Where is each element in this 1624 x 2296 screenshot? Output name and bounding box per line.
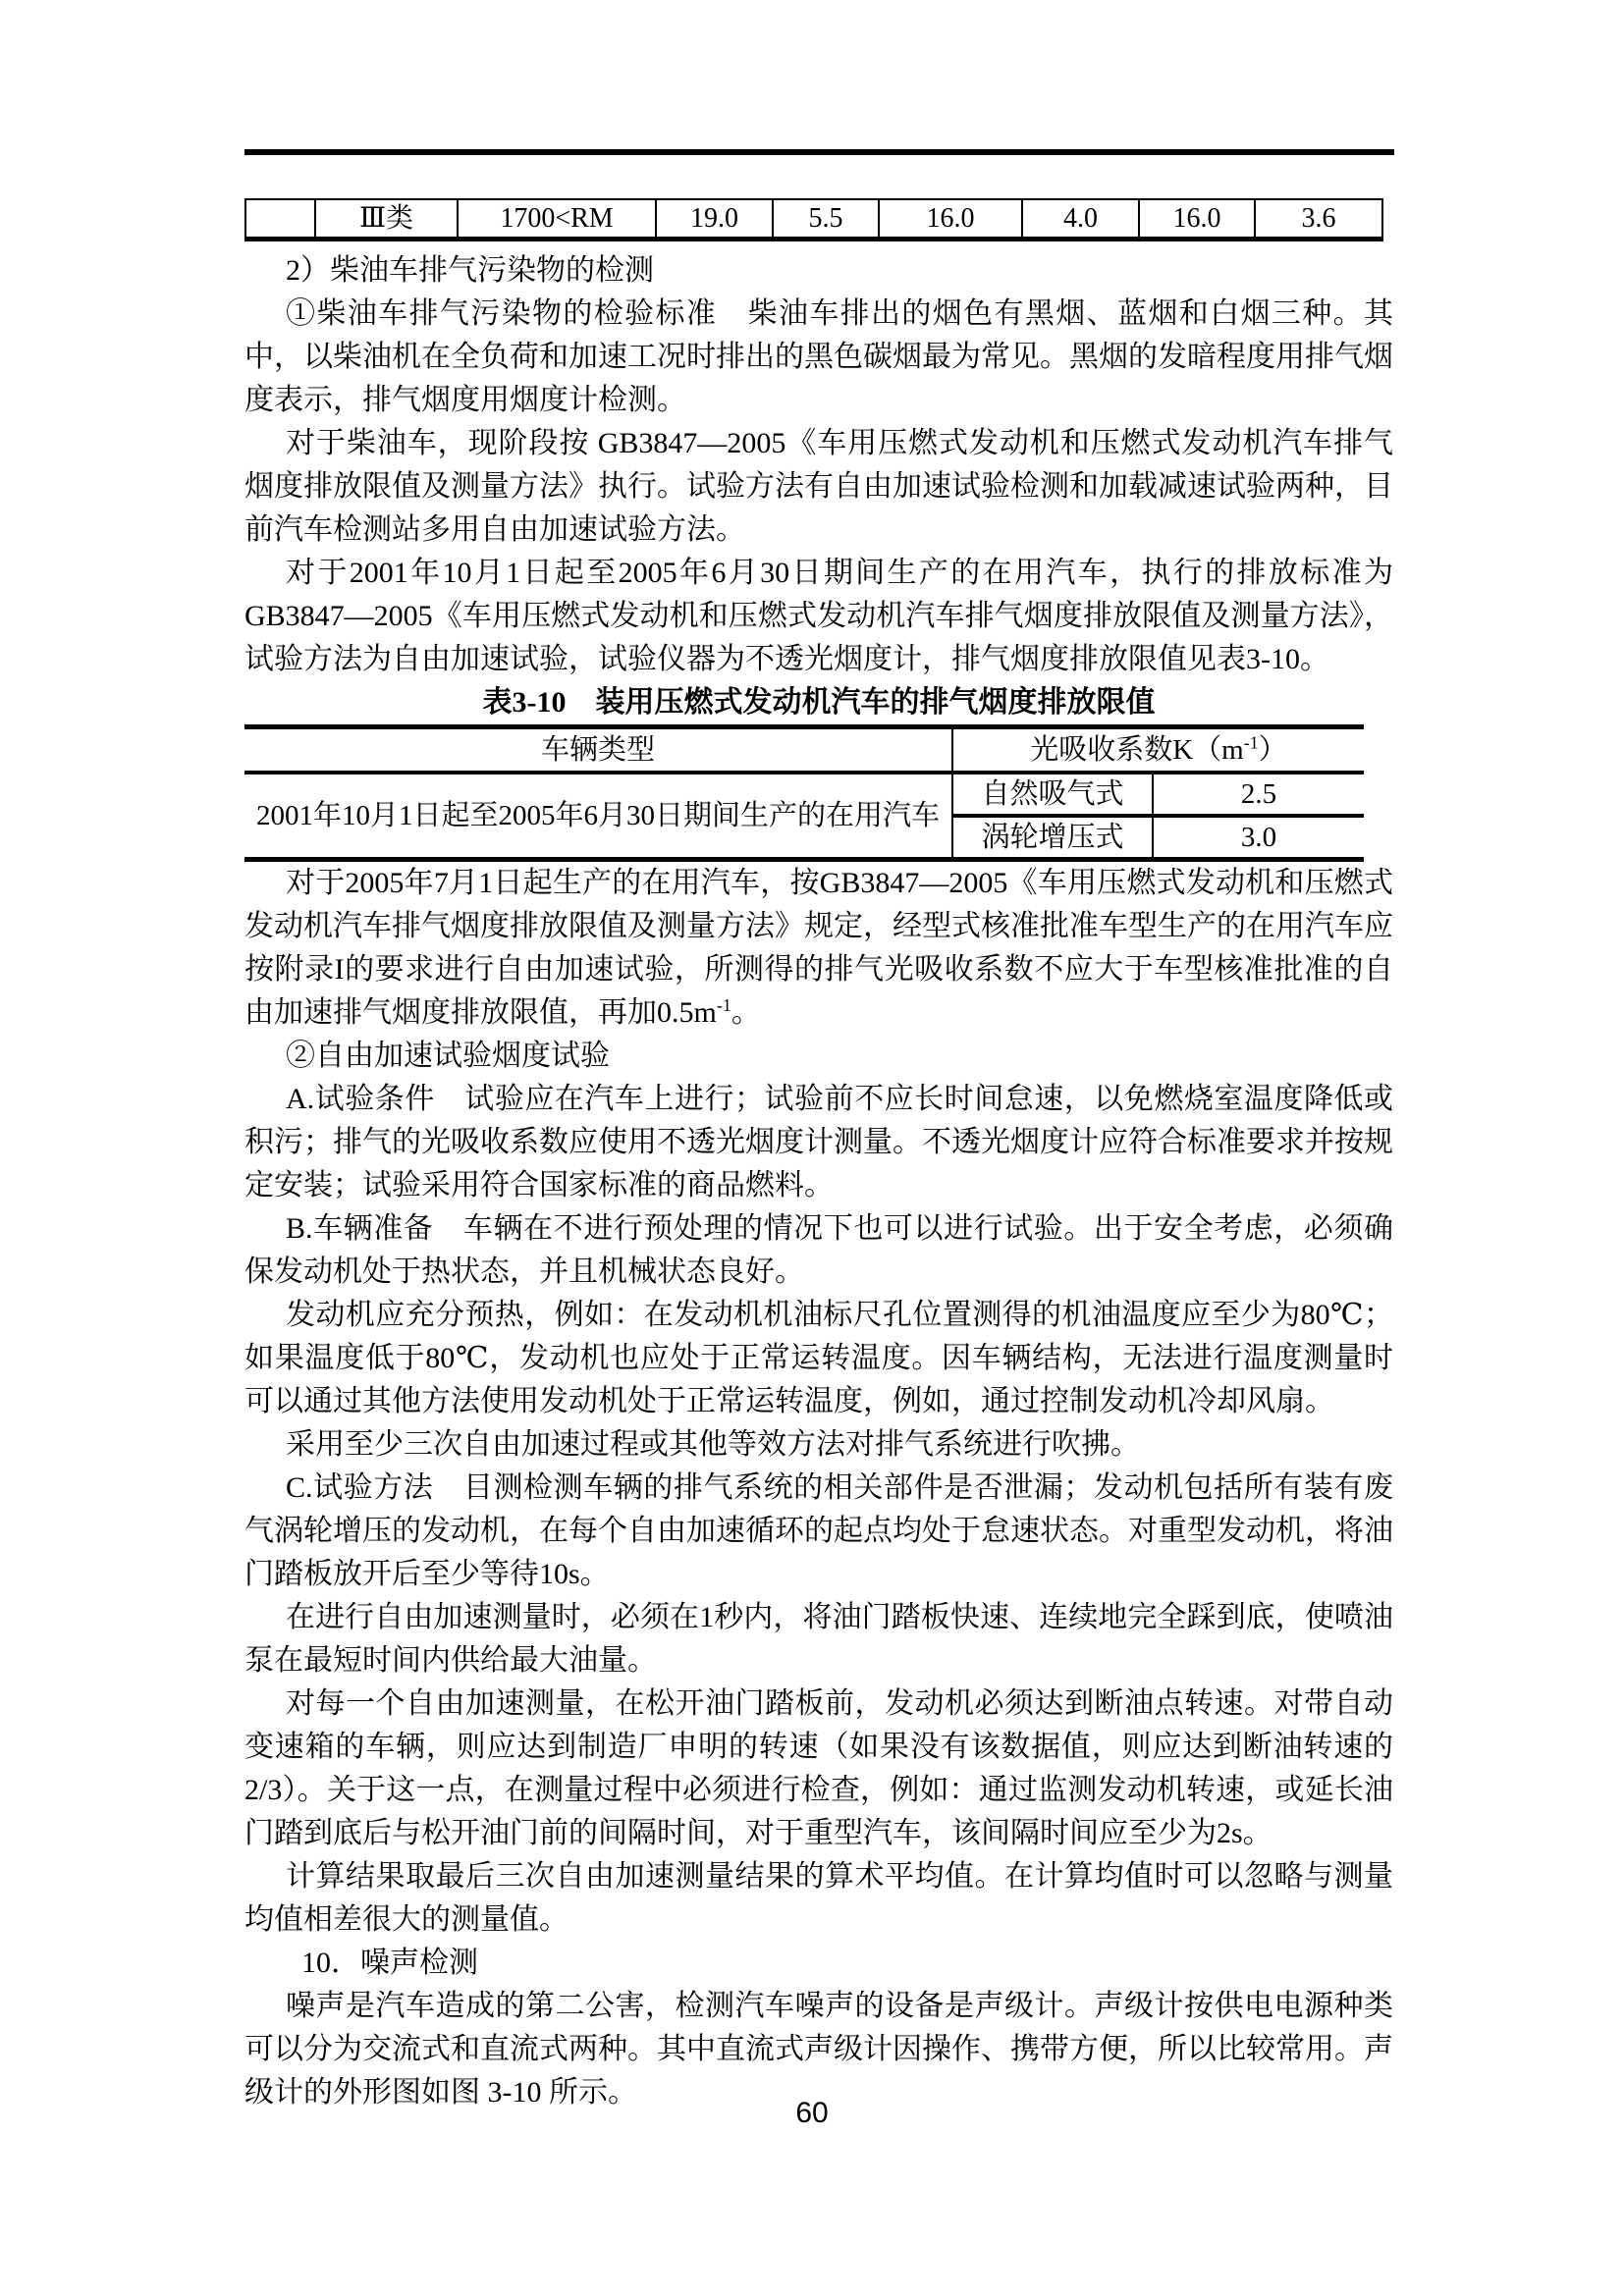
heading-noise-detection: 10．噪声检测 bbox=[244, 1942, 1393, 1985]
paragraph-calculation-result: 计算结果取最后三次自由加速测量结果的算术平均值。在计算均值时可以忽略与测量均值相… bbox=[244, 1855, 1393, 1942]
cell-value-5: 16.0 bbox=[1139, 199, 1255, 240]
header-absorption-coefficient: 光吸收系数K（m-1） bbox=[952, 727, 1364, 774]
header-vehicle-type: 车辆类型 bbox=[244, 727, 952, 774]
paragraph-engine-warmup: 发动机应充分预热，例如：在发动机机油标尺孔位置测得的机油温度应至少为80℃；如果… bbox=[244, 1294, 1393, 1423]
header-rule bbox=[244, 149, 1394, 155]
document-page: Ⅲ类 1700<RM 19.0 5.5 16.0 4.0 16.0 3.6 2）… bbox=[0, 0, 1624, 2296]
table-3-10-header-row: 车辆类型 光吸收系数K（m-1） bbox=[244, 727, 1364, 774]
cell-value-2: 5.5 bbox=[773, 199, 879, 240]
cell-value-3: 16.0 bbox=[879, 199, 1022, 240]
continued-table: Ⅲ类 1700<RM 19.0 5.5 16.0 4.0 16.0 3.6 bbox=[244, 198, 1383, 241]
cell-natural-aspiration-label: 自然吸气式 bbox=[952, 773, 1153, 816]
paragraph-test-conditions: A.试验条件 试验应在汽车上进行；试验前不应长时间怠速，以免燃烧室温度降低或积污… bbox=[244, 1078, 1393, 1207]
cell-value-1: 19.0 bbox=[656, 199, 773, 240]
continued-table-row: Ⅲ类 1700<RM 19.0 5.5 16.0 4.0 16.0 3.6 bbox=[245, 199, 1382, 240]
cell-turbo-value: 3.0 bbox=[1153, 816, 1364, 860]
paragraph-test-method: C.试验方法 目测检测车辆的排气系统的相关部件是否泄漏；发动机包括所有装有废气涡… bbox=[244, 1467, 1393, 1596]
paragraph-vehicle-preparation: B.车辆准备 车辆在不进行预处理的情况下也可以进行试验。出于安全考虑，必须确保发… bbox=[244, 1207, 1393, 1294]
paragraph-2005-period: 。 bbox=[731, 996, 761, 1029]
paragraph-free-accel-measurement: 在进行自由加速测量时，必须在1秒内，将油门踏板快速、连续地完全踩到底，使喷油泵在… bbox=[244, 1596, 1393, 1682]
paragraph-exhaust-purge: 采用至少三次自由加速过程或其他等效方法对排气系统进行吹拂。 bbox=[244, 1423, 1393, 1467]
page-content: Ⅲ类 1700<RM 19.0 5.5 16.0 4.0 16.0 3.6 2）… bbox=[244, 149, 1393, 2114]
paragraph-2005-superscript: -1 bbox=[717, 995, 731, 1015]
header-k-prefix: 光吸收系数K（m bbox=[1030, 734, 1244, 766]
cell-mass-range: 1700<RM bbox=[458, 199, 656, 240]
paragraph-each-measurement: 对每一个自由加速测量，在松开油门踏板前，发动机必须达到断油点转速。对带自动变速箱… bbox=[244, 1682, 1393, 1855]
page-number: 60 bbox=[0, 2097, 1624, 2130]
cell-value-6: 3.6 bbox=[1255, 199, 1382, 240]
cell-class-iii: Ⅲ类 bbox=[315, 199, 458, 240]
heading-free-acceleration-test: ②自由加速试验烟度试验 bbox=[244, 1035, 1393, 1078]
paragraph-inspection-standard: ①柴油车排气污染物的检验标准 柴油车排出的烟色有黑烟、蓝烟和白烟三种。其中，以柴… bbox=[244, 293, 1393, 422]
cell-blank bbox=[245, 199, 315, 240]
cell-natural-aspiration-value: 2.5 bbox=[1153, 773, 1364, 816]
paragraph-2005-vehicles: 对于2005年7月1日起生产的在用汽车，按GB3847—2005《车用压燃式发动… bbox=[244, 862, 1393, 1035]
heading-diesel-detection: 2）柴油车排气污染物的检测 bbox=[244, 249, 1393, 293]
table-3-10-caption: 表3-10 装用压燃式发动机汽车的排气烟度排放限值 bbox=[244, 681, 1393, 724]
table-3-10: 车辆类型 光吸收系数K（m-1） 2001年10月1日起至2005年6月30日期… bbox=[244, 724, 1364, 862]
paragraph-2001-vehicles: 对于2001年10月1日起至2005年6月30日期间生产的在用汽车，执行的排放标… bbox=[244, 552, 1393, 681]
cell-turbo-label: 涡轮增压式 bbox=[952, 816, 1153, 860]
paragraph-2005-text: 对于2005年7月1日起生产的在用汽车，按GB3847—2005《车用压燃式发动… bbox=[244, 867, 1393, 1029]
paragraph-noise-intro: 噪声是汽车造成的第二公害，检测汽车噪声的设备是声级计。声级计按供电电源种类可以分… bbox=[244, 1985, 1393, 2114]
table-3-10-row-natural: 2001年10月1日起至2005年6月30日期间生产的在用汽车 自然吸气式 2.… bbox=[244, 773, 1364, 816]
cell-value-4: 4.0 bbox=[1022, 199, 1139, 240]
header-k-suffix: ） bbox=[1259, 734, 1287, 766]
header-k-superscript: -1 bbox=[1244, 732, 1259, 752]
cell-vehicle-range: 2001年10月1日起至2005年6月30日期间生产的在用汽车 bbox=[244, 773, 952, 860]
paragraph-gb3847-method: 对于柴油车，现阶段按 GB3847—2005《车用压燃式发动机和压燃式发动机汽车… bbox=[244, 422, 1393, 552]
